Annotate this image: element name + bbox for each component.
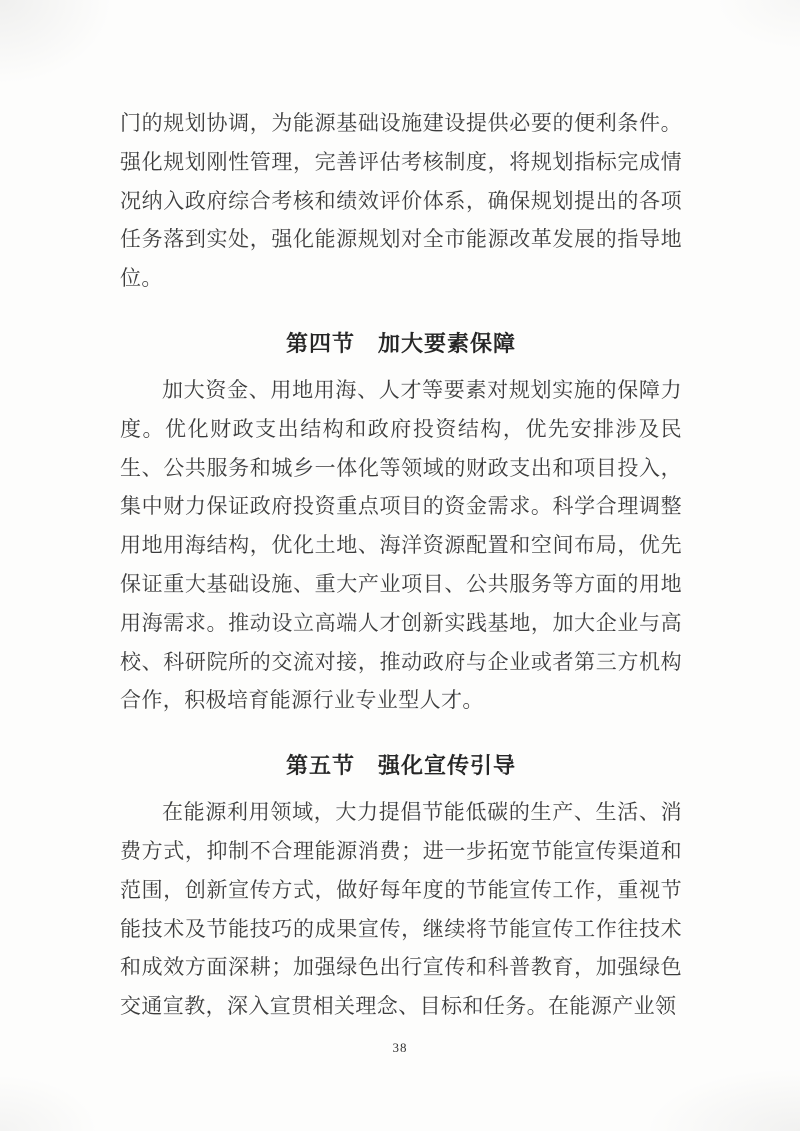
document-content: 门的规划协调，为能源基础设施建设提供必要的便利条件。强化规划刚性管理，完善评估考…	[120, 104, 682, 1026]
paragraph-continuation: 门的规划协调，为能源基础设施建设提供必要的便利条件。强化规划刚性管理，完善评估考…	[120, 104, 682, 298]
page-number: 38	[393, 1040, 408, 1055]
document-page: 门的规划协调，为能源基础设施建设提供必要的便利条件。强化规划刚性管理，完善评估考…	[0, 0, 800, 1131]
section-4-heading: 第四节 加大要素保障	[120, 324, 682, 364]
page-footer: 38	[0, 1039, 800, 1057]
section-4-paragraph: 加大资金、用地用海、人才等要素对规划实施的保障力度。优化财政支出结构和政府投资结…	[120, 371, 682, 720]
section-5-heading: 第五节 强化宣传引导	[120, 746, 682, 786]
section-5-paragraph: 在能源利用领域，大力提倡节能低碳的生产、生活、消费方式，抑制不合理能源消费；进一…	[120, 793, 682, 1026]
